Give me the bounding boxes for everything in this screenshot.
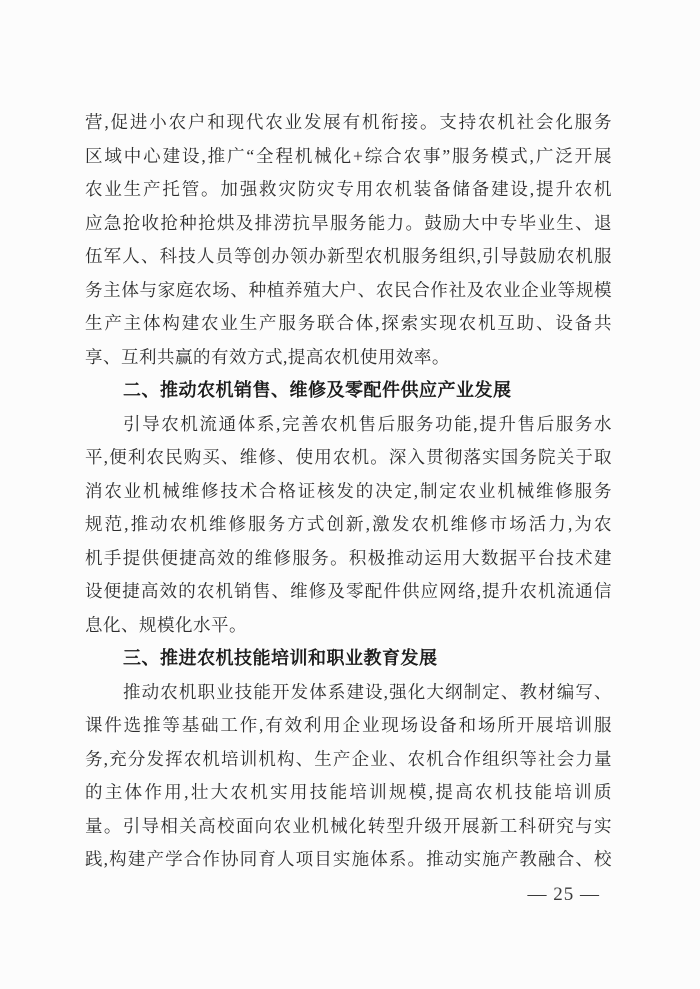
body-line: 生产主体构建农业生产服务联合体,探索实现农机互助、设备共 bbox=[85, 307, 612, 341]
body-line: 践,构建产学合作协同育人项目实施体系。推动实施产教融合、校 bbox=[85, 843, 612, 877]
body-line: 应急抢收抢种抢烘及排涝抗旱服务能力。鼓励大中专毕业生、退 bbox=[85, 207, 612, 241]
body-line: 息化、规模化水平。 bbox=[85, 609, 612, 643]
body-line: 伍军人、科技人员等创办领办新型农机服务组织,引导鼓励农机服 bbox=[85, 240, 612, 274]
body-line: 平,便利农民购买、维修、使用农机。深入贯彻落实国务院关于取 bbox=[85, 441, 612, 475]
body-line: 务主体与家庭农场、种植养殖大户、农民合作社及农业企业等规模 bbox=[85, 274, 612, 308]
body-line: 享、互利共赢的有效方式,提高农机使用效率。 bbox=[85, 341, 612, 375]
page-number: — 25 — bbox=[528, 884, 601, 906]
body-line: 量。引导相关高校面向农业机械化转型升级开展新工科研究与实 bbox=[85, 810, 612, 844]
body-line: 课件选推等基础工作,有效利用企业现场设备和场所开展培训服 bbox=[85, 709, 612, 743]
body-line: 的主体作用,壮大农机实用技能培训规模,提高农机技能培训质 bbox=[85, 776, 612, 810]
body-line: 消农业机械维修技术合格证核发的决定,制定农业机械维修服务 bbox=[85, 475, 612, 509]
body-line: 营,促进小农户和现代农业发展有机衔接。支持农机社会化服务 bbox=[85, 106, 612, 140]
body-line: 设便捷高效的农机销售、维修及零配件供应网络,提升农机流通信 bbox=[85, 575, 612, 609]
body-line: 农业生产托管。加强救灾防灾专用农机装备储备建设,提升农机 bbox=[85, 173, 612, 207]
section-heading-2: 二、推动农机销售、维修及零配件供应产业发展 bbox=[85, 374, 612, 408]
body-line: 推动农机职业技能开发体系建设,强化大纲制定、教材编写、 bbox=[85, 676, 612, 710]
document-page: 营,促进小农户和现代农业发展有机衔接。支持农机社会化服务 区域中心建设,推广“全… bbox=[0, 0, 700, 989]
document-body: 营,促进小农户和现代农业发展有机衔接。支持农机社会化服务 区域中心建设,推广“全… bbox=[85, 106, 612, 877]
body-line: 规范,推动农机维修服务方式创新,激发农机维修市场活力,为农 bbox=[85, 508, 612, 542]
section-heading-3: 三、推进农机技能培训和职业教育发展 bbox=[85, 642, 612, 676]
body-line: 机手提供便捷高效的维修服务。积极推动运用大数据平台技术建 bbox=[85, 542, 612, 576]
body-line: 引导农机流通体系,完善农机售后服务功能,提升售后服务水 bbox=[85, 408, 612, 442]
body-line: 务,充分发挥农机培训机构、生产企业、农机合作组织等社会力量 bbox=[85, 743, 612, 777]
body-line: 区域中心建设,推广“全程机械化+综合农事”服务模式,广泛开展 bbox=[85, 140, 612, 174]
